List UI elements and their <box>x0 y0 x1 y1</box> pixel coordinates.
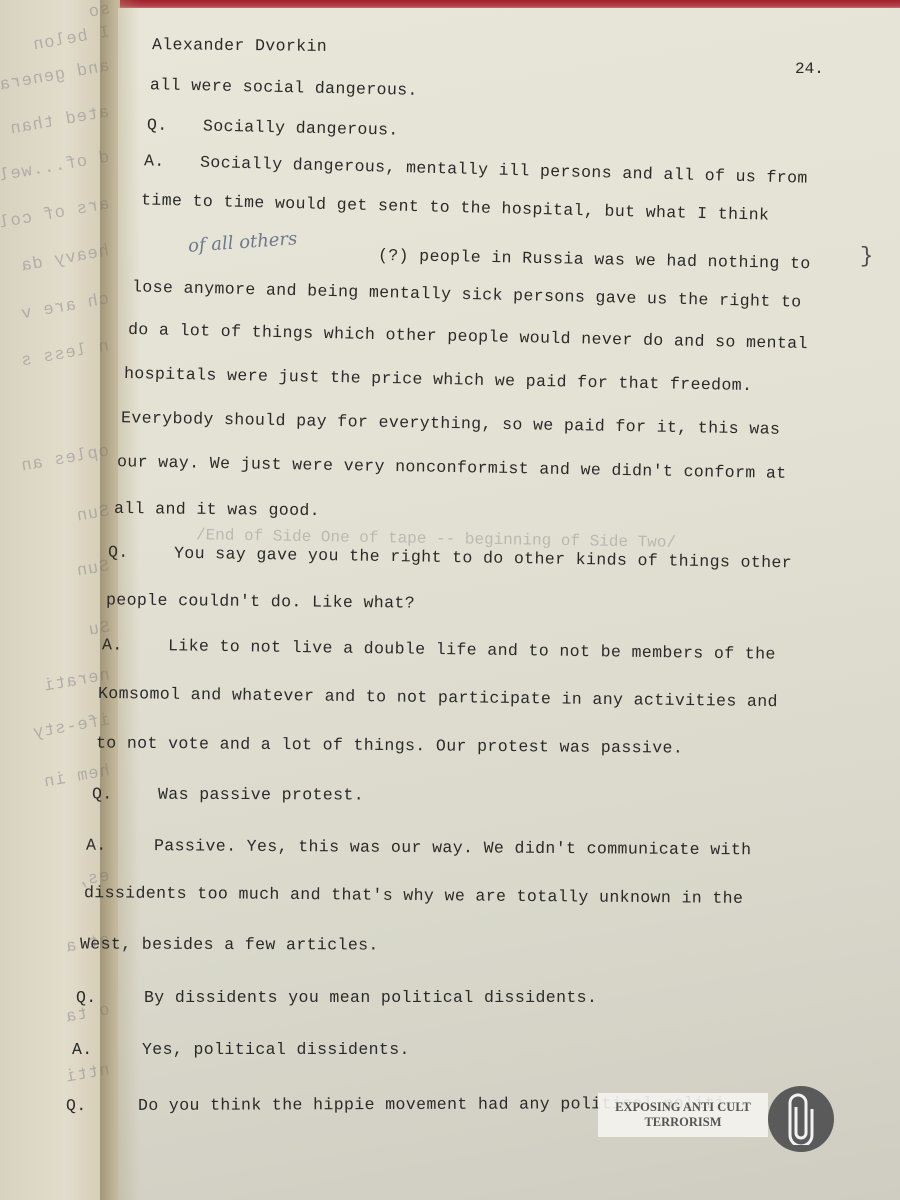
speaker-label: Q. <box>92 785 158 804</box>
ghost-text: and general <box>0 57 111 97</box>
transcript-line: A.Yes, political dissidents. <box>72 1040 410 1059</box>
speaker-label: A. <box>86 836 154 855</box>
speaker-label: Q. <box>76 988 144 1007</box>
ghost-text: ch are v <box>19 290 111 324</box>
ghost-text: heavy da <box>19 242 111 276</box>
watermark-line-2: TERRORISM <box>598 1115 768 1130</box>
transcript-line: Q.Was passive protest. <box>92 785 364 805</box>
speaker-label: A. <box>144 151 200 171</box>
page-number: 24. <box>795 60 824 78</box>
ghost-text: I belon <box>31 23 112 55</box>
speaker-label: A. <box>72 1040 142 1059</box>
header-name: Alexander Dvorkin <box>152 35 327 56</box>
transcript-line: Q.By dissidents you mean political dissi… <box>76 988 597 1007</box>
transcript-line: all and it was good. <box>114 499 320 520</box>
ghost-text: n less s <box>19 337 111 371</box>
transcript-line: West, besides a few articles. <box>80 934 379 954</box>
paperclip-icon <box>768 1086 834 1152</box>
watermark-label: EXPOSING ANTI CULT TERRORISM <box>598 1093 768 1137</box>
speaker-label: Q. <box>147 115 203 135</box>
ghost-text: ated than <box>8 103 111 139</box>
ghost-text: oples an <box>19 442 111 476</box>
speaker-label: Q. <box>108 543 174 563</box>
watermark-line-1: EXPOSING ANTI CULT <box>598 1100 768 1115</box>
transcript-line: people couldn't do. Like what? <box>106 590 415 612</box>
speaker-label: A. <box>102 635 168 655</box>
speaker-label: Q. <box>66 1096 138 1115</box>
ghost-text: ars of col <box>0 195 111 233</box>
margin-bracket-mark: } <box>860 244 873 269</box>
ghost-text: d of...wel <box>0 148 111 186</box>
